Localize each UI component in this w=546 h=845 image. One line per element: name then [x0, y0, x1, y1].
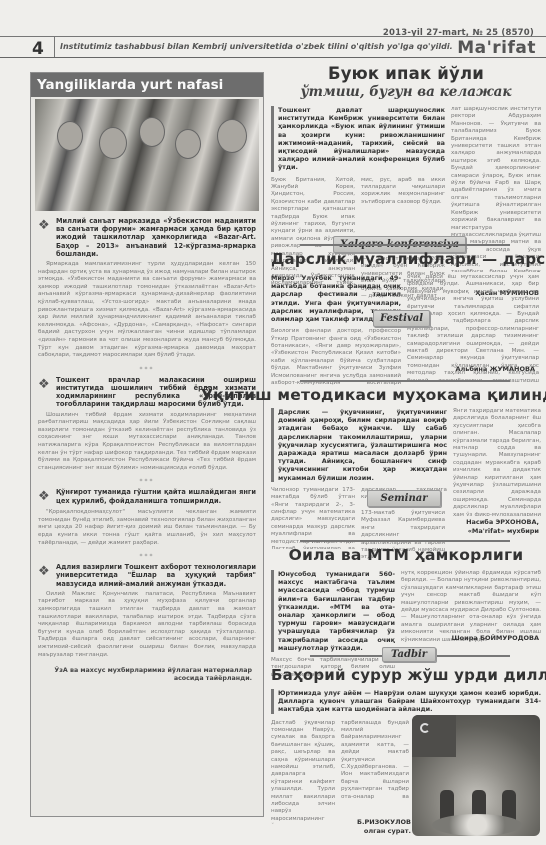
- article-title: Дарслик муаллифлари — дарсда: [271, 250, 541, 268]
- article-textbook-authors: Дарслик муаллифлари — дарсда Мирзо Улуғб…: [271, 250, 541, 386]
- article-lead: Тошкент давлат шарқшунослик институтида …: [271, 106, 445, 172]
- portrait-photo: [175, 129, 201, 159]
- newspaper-page: 2013-yil 27-mart, № 25 (8570) 4 Institut…: [0, 0, 546, 845]
- article-author: Шоира БОЙМУРОДОВА: [452, 634, 539, 642]
- rubric-festival: Festival: [373, 310, 430, 327]
- article-teaching-methodology: Ўқитиш методикаси муҳокама қилинди: [181, 386, 541, 404]
- rubric-seminar: Seminar: [367, 490, 441, 507]
- article-author: Насиба ЭРХОНОВА,: [466, 518, 539, 526]
- article-column: Дастлаб ўқувчилар томонидан Наврўз, сума…: [271, 720, 335, 824]
- flower-arrangement: [432, 814, 522, 836]
- article-title: Буюк ипак йўли: [271, 64, 541, 83]
- article-title: Оила ва МТМ ҳамкорлиги: [271, 546, 541, 564]
- news-item: Миллий санъат марказида «Ўзбекистон мада…: [38, 217, 256, 360]
- masthead-slogan: Institutimiz tashabbusi bilan Kembrij un…: [60, 42, 453, 51]
- portrait-photo: [99, 127, 127, 159]
- news-digest-panel: Yangiliklarda yurt nafasi Миллий санъат …: [30, 72, 264, 817]
- article-lead: Дарслик — ўқувчининг, ўқитувчининг доими…: [271, 408, 447, 482]
- stage-backdrop: [412, 715, 456, 757]
- article-column: мис, рус, араб ва икки тиллардаги чиқишл…: [361, 177, 445, 207]
- section-separator: ***: [38, 366, 256, 373]
- divider-line: [300, 244, 510, 246]
- divider-line: [300, 540, 510, 542]
- ornament-bullet-icon: [38, 380, 52, 394]
- portrait-photo: [217, 119, 247, 153]
- news-lead: Қўнғирот туманида гўштни қайта ишлайдига…: [56, 488, 256, 506]
- divider-line: [300, 380, 510, 382]
- panel-signature: ЎзА ва махсус мухбирларимиз йўллаган мат…: [38, 667, 256, 683]
- page-number: 4: [32, 39, 44, 59]
- panel-photo-collage: [35, 99, 259, 211]
- article-author-role: «Ma'rifat» мухбири: [468, 527, 539, 535]
- article-column: Биология фанлари доктори, профессор Ўтки…: [271, 328, 401, 386]
- portrait-photo: [139, 117, 165, 147]
- news-item: Адлия вазирлиги Тошкент ахборот технолог…: [38, 563, 256, 659]
- news-text: Шошилинч тиббий ёрдам хизмати ходимларин…: [38, 412, 256, 473]
- newspaper-brand: Ma'rifat: [457, 38, 536, 58]
- article-teaching-methodology-body: Дарслик — ўқувчининг, ўқитувчининг доими…: [271, 408, 541, 549]
- article-subtitle: ўтмиш, бугун ва келажак: [271, 84, 541, 100]
- crescent-moon-icon: [420, 723, 430, 733]
- article-lead: Юнусобод туманидаги 560-махсус мактабгач…: [271, 570, 395, 652]
- article-column: тарбиялашда бундай миллий байрамларимизн…: [341, 720, 409, 800]
- ornament-bullet-icon: [38, 221, 52, 235]
- news-text: Оилий Мажлис Қонунчилик палатаси, Респуб…: [38, 591, 256, 659]
- news-text: "Қорақалпоқдонмаҳсулот" масъулияти чекла…: [38, 509, 256, 547]
- section-separator: ***: [38, 478, 256, 485]
- article-column: Янги таҳрирдаги математика дарслигида бо…: [453, 408, 541, 516]
- photographer-credit: Б.РИЗОКУЛОВ: [343, 818, 411, 826]
- news-item: Қўнғирот туманида гўштни қайта ишлайдига…: [38, 488, 256, 547]
- portrait-photo: [57, 121, 83, 151]
- panel-title: Yangiliklarda yurt nafasi: [31, 73, 263, 97]
- section-separator: ***: [38, 553, 256, 560]
- news-lead: Миллий санъат марказида «Ўзбекистон мада…: [56, 217, 256, 258]
- masthead: 4 Institutimiz tashabbusi bilan Kembrij …: [0, 36, 546, 58]
- masthead-divider: [54, 37, 55, 57]
- article-title: Баҳорий сурур жўш урди дилларда: [271, 666, 541, 684]
- photo-caption: олган сурат.: [343, 827, 411, 835]
- rubric-row: Tadbir: [310, 648, 510, 662]
- article-column: нутқ коррекцион ўйинлар ёрдамида кўрсати…: [401, 570, 541, 642]
- article-title: Ўқитиш методикаси муҳокама қилинди: [181, 386, 541, 404]
- celebration-photo: [412, 715, 540, 836]
- article-author: Альбина ЖУМАНОВА: [455, 365, 535, 373]
- ornament-bullet-icon: [38, 492, 52, 506]
- news-lead: Адлия вазирлиги Тошкент ахборот технолог…: [56, 563, 256, 588]
- article-lead: Юртимизда улуғ айём — Наврўзи олам шукуҳ…: [271, 689, 541, 714]
- rubric-tadbir: Tadbir: [382, 647, 436, 662]
- ornament-bullet-icon: [38, 567, 52, 581]
- news-text: Ярмаркада мамлакатимизнинг турли ҳудудла…: [38, 261, 256, 360]
